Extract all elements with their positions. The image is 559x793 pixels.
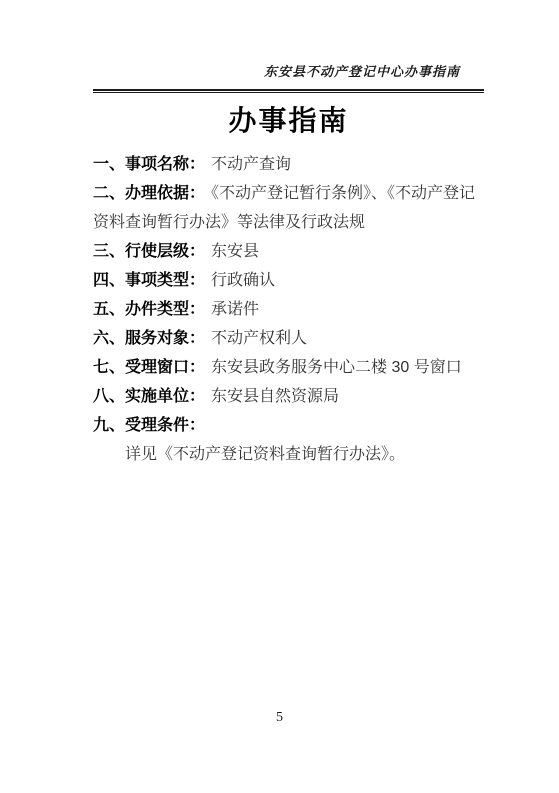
- item-4-label: 四、事项类型：: [93, 272, 205, 289]
- header-rule-divider: [93, 89, 484, 93]
- service-guide-item-list: 一、事项名称：不动产查询 二、办理依据：《不动产登记暂行条例》、《不动产登记资料…: [93, 150, 484, 469]
- item-6-label: 六、服务对象：: [93, 330, 205, 347]
- list-item-1-item-name: 一、事项名称：不动产查询: [93, 150, 484, 179]
- acceptance-conditions-detail: 详见《不动产登记资料查询暂行办法》。: [93, 440, 484, 469]
- list-item-5-handling-type: 五、办件类型：承诺件: [93, 295, 484, 324]
- header-rule-thin-line: [93, 92, 484, 93]
- item-5-value: 承诺件: [211, 301, 259, 318]
- item-7-label: 七、受理窗口：: [93, 359, 205, 376]
- page-number: 5: [276, 710, 283, 725]
- item-2-label: 二、办理依据：: [93, 185, 205, 202]
- item-1-value: 不动产查询: [211, 156, 291, 173]
- list-item-2-legal-basis: 二、办理依据：《不动产登记暂行条例》、《不动产登记资料查询暂行办法》等法律及行政…: [93, 179, 484, 237]
- item-9-label: 九、受理条件：: [93, 417, 205, 434]
- item-3-label: 三、行使层级：: [93, 243, 205, 260]
- list-item-8-implementing-unit: 八、实施单位：东安县自然资源局: [93, 382, 484, 411]
- list-item-3-exercise-level: 三、行使层级：东安县: [93, 237, 484, 266]
- list-item-4-item-type: 四、事项类型：行政确认: [93, 266, 484, 295]
- running-header-text: 东安县不动产登记中心办事指南: [93, 64, 484, 80]
- item-4-value: 行政确认: [211, 272, 275, 289]
- page-footer: 5: [0, 708, 559, 726]
- list-item-9-acceptance-conditions: 九、受理条件：: [93, 411, 484, 440]
- item-5-label: 五、办件类型：: [93, 301, 205, 318]
- list-item-7-service-window: 七、受理窗口：东安县政务服务中心二楼 30 号窗口: [93, 353, 484, 382]
- item-3-value: 东安县: [211, 243, 259, 260]
- item-7-value: 东安县政务服务中心二楼 30 号窗口: [211, 359, 462, 376]
- document-title: 办事指南: [93, 104, 484, 138]
- item-6-value: 不动产权利人: [211, 330, 307, 347]
- document-page: 东安县不动产登记中心办事指南 办事指南 一、事项名称：不动产查询 二、办理依据：…: [0, 0, 559, 793]
- item-1-label: 一、事项名称：: [93, 156, 205, 173]
- item-8-value: 东安县自然资源局: [211, 388, 339, 405]
- list-item-6-service-target: 六、服务对象：不动产权利人: [93, 324, 484, 353]
- item-8-label: 八、实施单位：: [93, 388, 205, 405]
